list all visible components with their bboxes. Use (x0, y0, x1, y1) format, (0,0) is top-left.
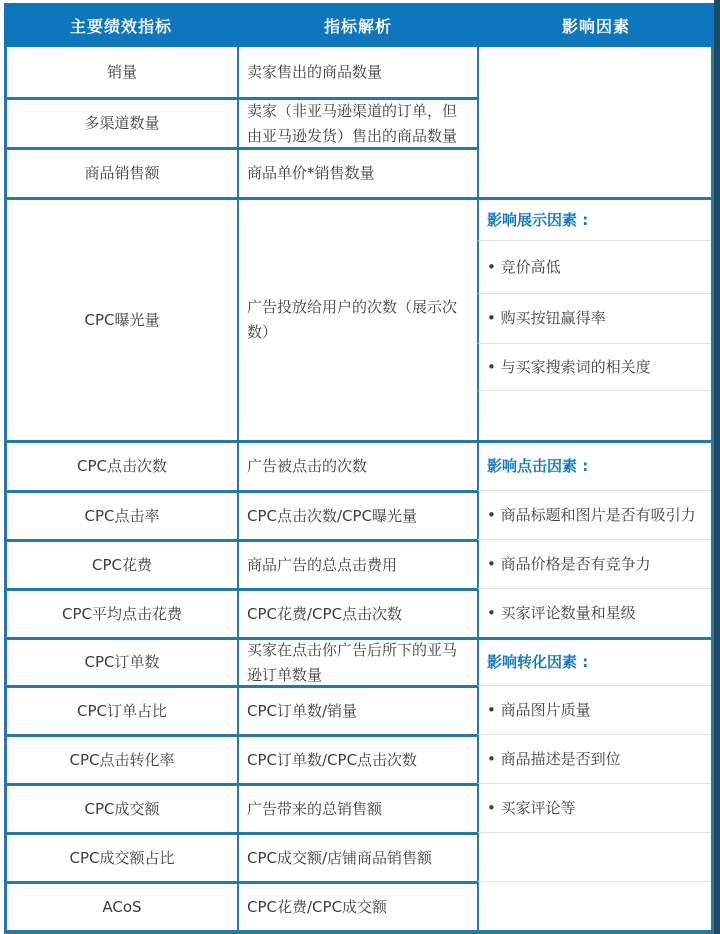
kpi-cell-cpc-impressions: CPC曝光量 (7, 197, 237, 440)
factor-item-price-competitive: • 商品价格是否有竞争力 (477, 539, 711, 588)
header-kpi: 主要绩效指标 (4, 3, 238, 47)
header-desc: 指标解析 (238, 3, 478, 47)
factor-item-description: • 商品描述是否到位 (477, 734, 711, 783)
factor-title-click: 影响点击因素 : (477, 440, 711, 490)
factor-item-search-relevance: • 与买家搜索词的相关度 (477, 343, 711, 390)
factor-item-title-image-appeal: • 商品标题和图片是否有吸引力 (477, 490, 711, 539)
desc-cell-cpc-avg-cpc: CPC花费/CPC点击次数 (237, 588, 477, 637)
factor-item-bid-level: • 竞价高低 (477, 240, 711, 293)
desc-cell-sales-qty: 卖家售出的商品数量 (237, 47, 477, 97)
kpi-cell-cpc-avg-cpc: CPC平均点击花费 (7, 588, 237, 637)
page-right-edge (714, 0, 720, 934)
factors-empty-cell-bottom-1 (477, 832, 711, 881)
desc-cell-cpc-orders: 买家在点击你广告后所下的亚马逊订单数量 (237, 637, 477, 685)
kpi-cell-product-sales: 商品销售额 (7, 147, 237, 197)
factor-item-buyer-reviews: • 买家评论等 (477, 783, 711, 832)
desc-cell-cpc-cvr: CPC订单数/CPC点击次数 (237, 734, 477, 783)
factor-item-buybox-win-rate: • 购买按钮赢得率 (477, 293, 711, 343)
factors-empty-cell-display (477, 390, 711, 440)
kpi-cell-cpc-gmv: CPC成交额 (7, 783, 237, 832)
kpi-cell-acos: ACoS (7, 881, 237, 930)
factor-item-image-quality: • 商品图片质量 (477, 685, 711, 734)
desc-cell-cpc-gmv-share: CPC成交额/店铺商品销售额 (237, 832, 477, 881)
desc-cell-multi-channel: 卖家（非亚马逊渠道的订单，但由亚马逊发货）售出的商品数量 (237, 97, 477, 147)
desc-cell-product-sales: 商品单价*销售数量 (237, 147, 477, 197)
desc-cell-cpc-order-share: CPC订单数/销量 (237, 685, 477, 734)
factor-item-reviews-stars: • 买家评论数量和星级 (477, 588, 711, 637)
kpi-cell-cpc-gmv-share: CPC成交额占比 (7, 832, 237, 881)
kpi-cell-sales-qty: 销量 (7, 47, 237, 97)
factors-empty-cell-top (477, 47, 711, 197)
desc-cell-cpc-clicks: 广告被点击的次数 (237, 440, 477, 490)
factor-title-display: 影响展示因素 : (477, 197, 711, 240)
kpi-cell-cpc-spend: CPC花费 (7, 539, 237, 588)
kpi-cell-cpc-order-share: CPC订单占比 (7, 685, 237, 734)
kpi-cell-cpc-cvr: CPC点击转化率 (7, 734, 237, 783)
table-body: 销量 多渠道数量 商品销售额 CPC曝光量 CPC点击次数 CPC点击率 CPC… (4, 47, 714, 934)
kpi-cell-cpc-orders: CPC订单数 (7, 637, 237, 685)
desc-cell-acos: CPC花费/CPC成交额 (237, 881, 477, 930)
factors-empty-cell-bottom-2 (477, 881, 711, 930)
desc-cell-cpc-spend: 商品广告的总点击费用 (237, 539, 477, 588)
kpi-cell-cpc-clicks: CPC点击次数 (7, 440, 237, 490)
factor-title-conversion: 影响转化因素 : (477, 637, 711, 685)
kpi-cell-multi-channel: 多渠道数量 (7, 97, 237, 147)
desc-cell-cpc-ctr: CPC点击次数/CPC曝光量 (237, 490, 477, 539)
header-factors: 影响因素 (478, 3, 714, 47)
table-header-row: 主要绩效指标 指标解析 影响因素 (4, 3, 714, 47)
metrics-table: 主要绩效指标 指标解析 影响因素 销量 多渠道数量 商品销售额 CPC曝光量 C… (4, 3, 714, 934)
desc-cell-cpc-impressions: 广告投放给用户的次数（展示次数） (237, 197, 477, 440)
desc-cell-cpc-gmv: 广告带来的总销售额 (237, 783, 477, 832)
kpi-cell-cpc-ctr: CPC点击率 (7, 490, 237, 539)
